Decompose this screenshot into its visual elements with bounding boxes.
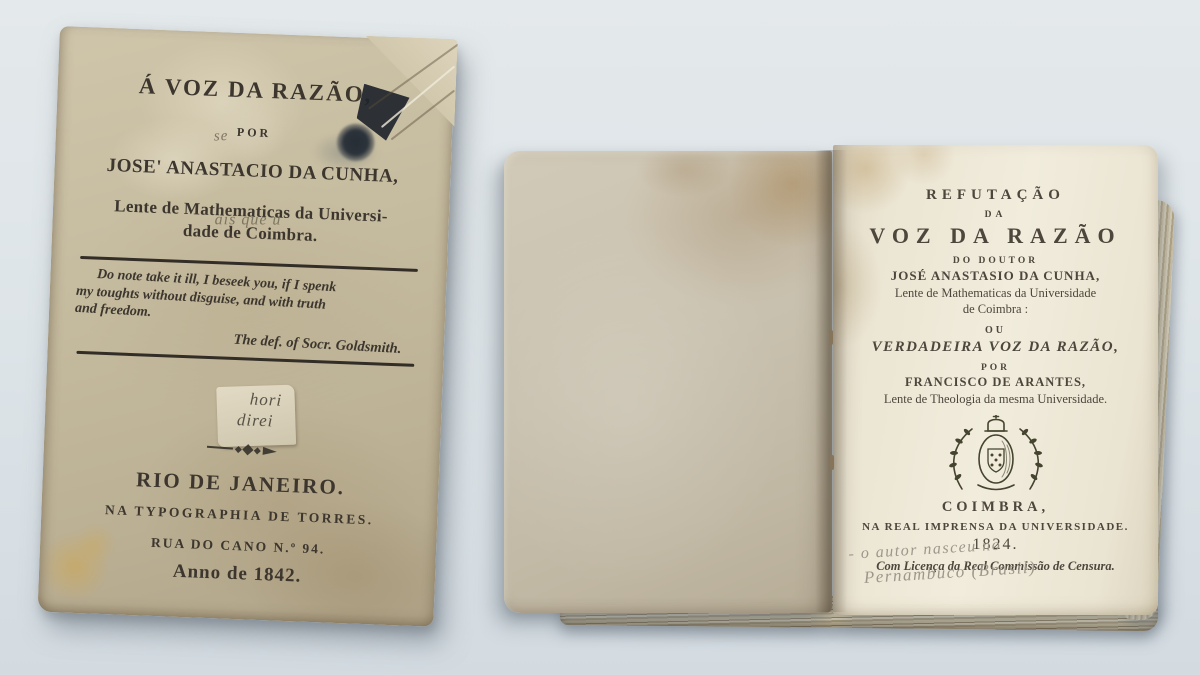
ornament-diamond xyxy=(242,444,253,455)
binding-stitch xyxy=(830,455,834,470)
handwriting-fragment: ais que ù xyxy=(215,211,282,229)
folded-corner xyxy=(336,35,458,151)
left-book-cover: Á VOZ DA RAZÃO, se POR JOSE' ANASTACIO D… xyxy=(38,26,456,627)
handwriting-fragment: hori xyxy=(249,390,282,411)
ornament-diamond xyxy=(254,447,261,454)
imprint-printer: NA TYPOGRAPHIA DE TORRES. xyxy=(41,500,437,531)
author-name: JOSE' ANASTACIO DA CUNHA, xyxy=(54,153,451,190)
or-label: OU xyxy=(833,325,1158,336)
title-line: DA xyxy=(833,210,1158,220)
ornament-diamond xyxy=(235,446,242,453)
byline-label: POR xyxy=(833,363,1158,373)
ornament-arrowhead xyxy=(263,447,278,456)
epigraph: Do note take it ill, I beseek you, if I … xyxy=(47,263,447,360)
affiliation-line: de Coimbra : xyxy=(833,302,1158,317)
photo-scene: Á VOZ DA RAZÃO, se POR JOSE' ANASTACIO D… xyxy=(0,0,1200,675)
imprint-city: COIMBRA, xyxy=(833,499,1158,516)
author-name: JOSÉ ANASTASIO DA CUNHA, xyxy=(833,268,1158,284)
title-line: REFUTAÇÃO xyxy=(833,145,1158,204)
handwriting-fragment: se xyxy=(214,128,229,145)
title-line: VOZ DA RAZÃO xyxy=(833,223,1158,249)
author-name: FRANCISCO DE ARANTES, xyxy=(833,375,1158,390)
ornament-line xyxy=(207,446,233,450)
binding-stitch xyxy=(829,330,833,345)
affiliation-line: Lente de Theologia da mesma Universidade… xyxy=(833,392,1158,407)
imprint-city: RIO DE JANEIRO. xyxy=(42,464,439,504)
affiliation-line: Lente de Mathematicas da Universidade xyxy=(833,286,1158,301)
imprint-year: Anno de 1842. xyxy=(39,556,436,593)
left-blank-page xyxy=(504,151,832,613)
coat-of-arms-emblem xyxy=(833,415,1158,495)
handwriting-fragment: direi xyxy=(237,410,274,431)
of-doctor-label: DO DOUTOR xyxy=(833,256,1158,266)
coat-of-arms-graphic xyxy=(936,415,1056,495)
right-title-page: REFUTAÇÃO DA VOZ DA RAZÃO DO DOUTOR JOSÉ… xyxy=(833,145,1158,615)
alternate-title: VERDADEIRA VOZ DA RAZÃO, xyxy=(833,339,1158,356)
